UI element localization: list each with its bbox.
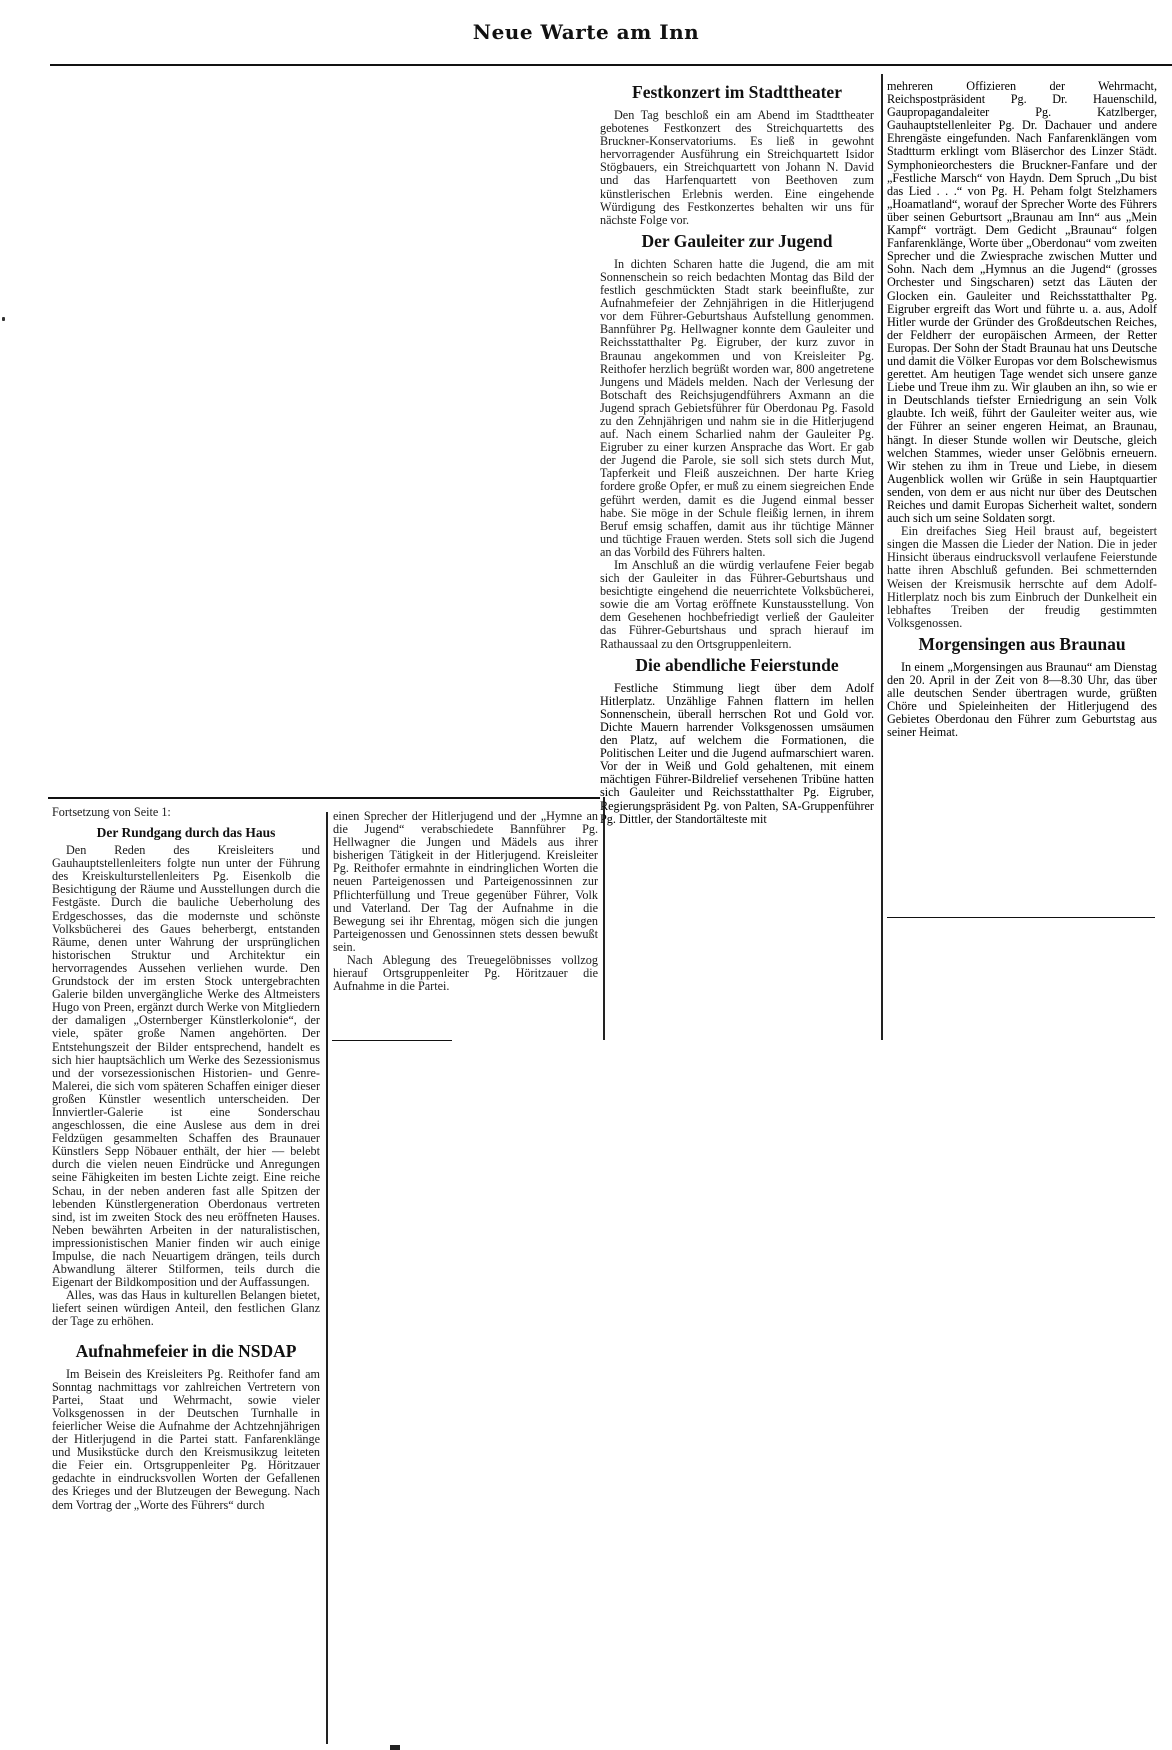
article-aufnahmefeier-nsdap: Aufnahmefeier in die NSDAP Im Beisein de… (52, 1341, 320, 1512)
article-paragraph: mehreren Offizieren der Wehrmacht, Reich… (887, 80, 1157, 525)
headline-festkonzert: Festkonzert im Stadttheater (600, 82, 874, 102)
column-2: einen Sprecher der Hitlerjugend und der … (333, 810, 598, 993)
article-festkonzert: Festkonzert im Stadttheater Den Tag besc… (600, 82, 874, 227)
masthead-rule (50, 64, 1172, 66)
article-feierstunde-continued: mehreren Offizieren der Wehrmacht, Reich… (887, 80, 1157, 630)
scan-speck (2, 317, 5, 321)
article-paragraph: Ein dreifaches Sieg Heil braust auf, beg… (887, 525, 1157, 630)
article-paragraph: Im Beisein des Kreisleiters Pg. Reithofe… (52, 1368, 320, 1512)
headline-aufnahmefeier-nsdap: Aufnahmefeier in die NSDAP (52, 1341, 320, 1361)
headline-morgensingen: Morgensingen aus Braunau (887, 634, 1157, 654)
article-paragraph: einen Sprecher der Hitlerjugend und der … (333, 810, 598, 954)
article-paragraph: Den Reden des Kreisleiters und Gauhaupts… (52, 844, 320, 1289)
article-paragraph: Festliche Stimmung liegt über dem Adolf … (600, 682, 874, 826)
article-paragraph: Nach Ablegung des Treuegelöbnisses vollz… (333, 954, 598, 993)
column-divider-1-2 (326, 812, 328, 1744)
masthead-title: Neue Warte am Inn (0, 20, 1172, 44)
column-3: Festkonzert im Stadttheater Den Tag besc… (600, 78, 874, 826)
article-gauleiter-jugend: Der Gauleiter zur Jugend In dichten Scha… (600, 231, 874, 651)
article-paragraph: Den Tag beschloß ein am Abend im Stadtth… (600, 109, 874, 227)
column-divider-2-3 (603, 797, 605, 1040)
article-paragraph: Im Anschluß an die würdig verlaufene Fei… (600, 559, 874, 651)
column-1: Fortsetzung von Seite 1: Der Rundgang du… (52, 806, 320, 1512)
page-marker (390, 1745, 400, 1750)
article-abendliche-feierstunde: Die abendliche Feierstunde Festliche Sti… (600, 655, 874, 826)
headline-gauleiter-jugend: Der Gauleiter zur Jugend (600, 231, 874, 251)
headline-abendliche-feierstunde: Die abendliche Feierstunde (600, 655, 874, 675)
article-morgensingen: Morgensingen aus Braunau In einem „Morge… (887, 634, 1157, 740)
article-rundgang: Der Rundgang durch das Haus Den Reden de… (52, 825, 320, 1328)
column-4: mehreren Offizieren der Wehrmacht, Reich… (887, 80, 1157, 740)
end-rule-col4 (887, 917, 1155, 918)
continuation-note: Fortsetzung von Seite 1: (52, 806, 320, 819)
column-divider-3-4 (881, 74, 883, 1040)
end-rule-col2 (332, 1040, 452, 1041)
article-paragraph: Alles, was das Haus in kulturellen Belan… (52, 1289, 320, 1328)
article-paragraph: In dichten Scharen hatte die Jugend, die… (600, 258, 874, 559)
section-rule-lower-left (48, 797, 600, 799)
headline-rundgang: Der Rundgang durch das Haus (52, 825, 320, 841)
article-paragraph: In einem „Morgensingen aus Braunau“ am D… (887, 661, 1157, 740)
